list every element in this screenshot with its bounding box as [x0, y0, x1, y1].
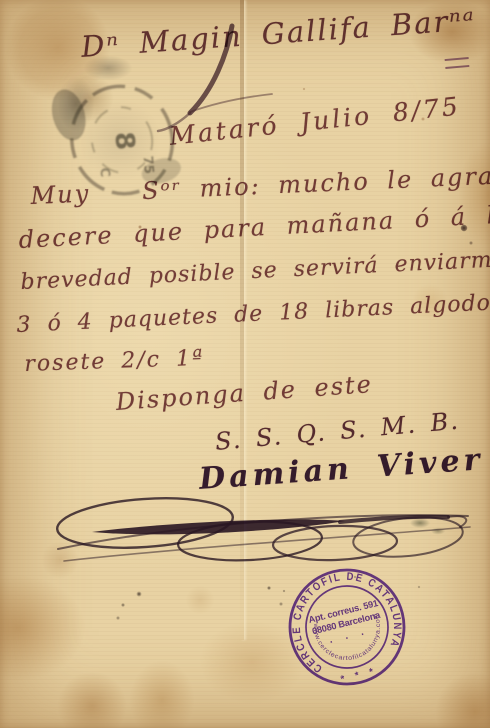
signature-rubric: [56, 493, 470, 564]
letter-scan: 8 75 C CERCLE CARTÒFIL DE C: [0, 0, 490, 728]
postmark-year: 75: [140, 155, 157, 174]
collector-stamp: CERCLE CARTÒFIL DE CATALUNYA * * * Apt. …: [278, 558, 416, 696]
postmark-letter: C: [96, 167, 112, 178]
postmark-smudge: [47, 86, 91, 145]
postmark-day: 8: [108, 131, 139, 152]
double-underline-mark: [445, 57, 470, 69]
